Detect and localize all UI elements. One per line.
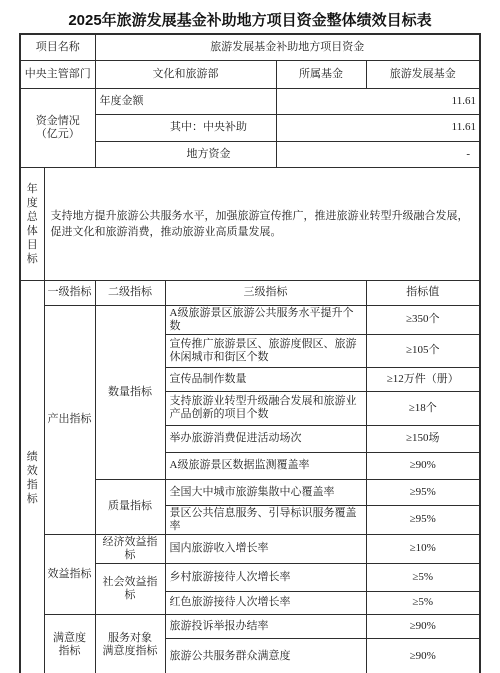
performance-side-label-text: 绩效指标 — [26, 450, 38, 506]
group-satisfaction-label: 满意度 指标 — [44, 614, 95, 673]
project-name-label: 项目名称 — [20, 34, 95, 60]
fund-name-value: 旅游发展基金 — [366, 60, 480, 88]
group-quantity-label: 数量指标 — [95, 305, 165, 479]
group-service-satisfaction-label: 服务对象 满意度指标 — [95, 614, 165, 673]
indicator-name: 举办旅游消费促进活动场次 — [165, 425, 366, 452]
indicator-value: ≥90% — [366, 638, 480, 673]
funding-central-value: 11.61 — [276, 114, 480, 141]
page-title: 2025年旅游发展基金补助地方项目资金整体绩效目标表 — [0, 0, 500, 29]
indicator-value: ≥90% — [366, 614, 480, 638]
performance-side-label: 绩效指标 — [20, 280, 44, 673]
funding-group-label: 资金情况 （亿元） — [20, 88, 95, 167]
group-output-label: 产出指标 — [44, 305, 95, 534]
indicator-name: 国内旅游收入增长率 — [165, 534, 366, 563]
funding-local-label: 地方资金 — [95, 141, 276, 167]
group-quality-label: 质量指标 — [95, 479, 165, 534]
header-level2: 二级指标 — [95, 280, 165, 305]
indicator-value: ≥95% — [366, 505, 480, 534]
indicator-value: ≥105个 — [366, 334, 480, 367]
indicator-value: ≥90% — [366, 452, 480, 479]
indicator-name: 红色旅游接待人次增长率 — [165, 591, 366, 614]
annual-goal-side-label: 年度总体目标 — [20, 167, 44, 280]
indicator-name: A级旅游景区旅游公共服务水平提升个数 — [165, 305, 366, 334]
competent-dept-label: 中央主管部门 — [20, 60, 95, 88]
indicator-value: ≥18个 — [366, 391, 480, 425]
indicator-name: 宣传推广旅游景区、旅游度假区、旅游休闲城市和街区个数 — [165, 334, 366, 367]
group-economic-label: 经济效益指标 — [95, 534, 165, 563]
header-level3: 三级指标 — [165, 280, 366, 305]
funding-central-label: 其中：中央补助 — [95, 114, 276, 141]
header-value: 指标值 — [366, 280, 480, 305]
indicator-value: ≥12万件（册） — [366, 367, 480, 391]
indicator-value: ≥95% — [366, 479, 480, 505]
header-level1: 一级指标 — [44, 280, 95, 305]
indicator-name: 支持旅游业转型升级融合发展和旅游业产品创新的项目个数 — [165, 391, 366, 425]
indicator-name: 景区公共信息服务、引导标识服务覆盖率 — [165, 505, 366, 534]
indicator-value: ≥350个 — [366, 305, 480, 334]
indicator-name: 全国大中城市旅游集散中心覆盖率 — [165, 479, 366, 505]
funding-local-value: - — [276, 141, 480, 167]
indicator-name: 旅游公共服务群众满意度 — [165, 638, 366, 673]
indicator-value: ≥5% — [366, 563, 480, 591]
indicator-value: ≥150场 — [366, 425, 480, 452]
document-page: 2025年旅游发展基金补助地方项目资金整体绩效目标表 项目名称 旅游发展基金补助… — [0, 0, 500, 673]
performance-table: 项目名称 旅游发展基金补助地方项目资金 中央主管部门 文化和旅游部 所属基金 旅… — [19, 33, 481, 673]
group-benefit-label: 效益指标 — [44, 534, 95, 614]
funding-annual-label: 年度金额 — [95, 88, 276, 114]
indicator-name: 宣传品制作数量 — [165, 367, 366, 391]
funding-annual-value: 11.61 — [276, 88, 480, 114]
indicator-value: ≥5% — [366, 591, 480, 614]
competent-dept-value: 文化和旅游部 — [95, 60, 276, 88]
indicator-value: ≥10% — [366, 534, 480, 563]
fund-label: 所属基金 — [276, 60, 366, 88]
indicator-name: 旅游投诉举报办结率 — [165, 614, 366, 638]
project-name-value: 旅游发展基金补助地方项目资金 — [95, 34, 480, 60]
annual-goal-text: 支持地方提升旅游公共服务水平，加强旅游宣传推广，推进旅游业转型升级融合发展，促进… — [44, 167, 480, 280]
annual-goal-side-label-text: 年度总体目标 — [26, 182, 38, 266]
indicator-name: A级旅游景区数据监测覆盖率 — [165, 452, 366, 479]
indicator-name: 乡村旅游接待人次增长率 — [165, 563, 366, 591]
group-social-label: 社会效益指标 — [95, 563, 165, 614]
